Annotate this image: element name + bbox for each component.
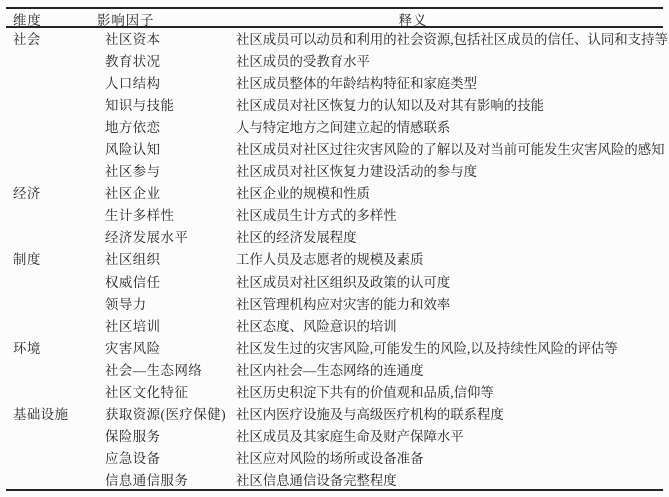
- dimension-cell: 制度: [0, 249, 105, 268]
- factor-cell: 社区参与: [105, 161, 236, 180]
- table-header-row: 维度 影响因子 释义: [0, 8, 669, 26]
- table-row: 基础设施获取资源(医疗保健)社区内医疗设施及与高级医疗机构的联系程度: [0, 402, 669, 424]
- table-row: 生计多样性社区成员生计方式的多样性: [0, 204, 669, 226]
- table-row: 社区文化特征社区历史积淀下共有的价值观和品质,信仰等: [0, 380, 669, 402]
- factor-cell: 灾害风险: [105, 338, 236, 357]
- definition-cell: 人与特定地方之间建立起的情感联系: [236, 117, 669, 136]
- factor-cell: 社区培训: [105, 316, 236, 335]
- factor-cell: 人口结构: [105, 73, 236, 92]
- table-row: 信息通信服务社区信息通信设备完整程度: [0, 468, 669, 490]
- factor-cell: 生计多样性: [105, 205, 236, 224]
- factor-cell: 经济发展水平: [105, 227, 236, 246]
- definition-cell: 社区成员对社区过往灾害风险的了解以及对当前可能发生灾害风险的感知: [236, 139, 669, 158]
- factor-cell: 地方依恋: [105, 117, 236, 136]
- table-row: 保险服务社区成员及其家庭生命及财产保障水平: [0, 424, 669, 446]
- table-row: 社会—生态网络社区内社会—生态网络的连通度: [0, 358, 669, 380]
- factor-cell: 获取资源(医疗保健): [105, 404, 236, 423]
- factor-cell: 社区组织: [105, 249, 236, 268]
- definition-cell: 社区成员对社区恢复力的认知以及对其有影响的技能: [236, 95, 669, 114]
- dimension-cell: 基础设施: [0, 404, 105, 423]
- definition-cell: 社区发生过的灾害风险,可能发生的风险,以及持续性风险的评估等: [236, 338, 669, 357]
- definition-cell: 社区成员对社区恢复力建设活动的参与度: [236, 161, 669, 180]
- table-row: 环境灾害风险社区发生过的灾害风险,可能发生的风险,以及持续性风险的评估等: [0, 336, 669, 358]
- definition-cell: 社区态度、风险意识的培训: [236, 316, 669, 335]
- dimension-cell: 社会: [0, 29, 105, 48]
- definition-cell: 社区成员生计方式的多样性: [236, 205, 669, 224]
- definition-cell: 社区成员的受教育水平: [236, 51, 669, 70]
- definition-cell: 社区管理机构应对灾害的能力和效率: [236, 294, 669, 313]
- table-row: 教育状况社区成员的受教育水平: [0, 50, 669, 72]
- definition-cell: 社区内社会—生态网络的连通度: [236, 360, 669, 379]
- factor-cell: 社会—生态网络: [105, 360, 236, 379]
- factor-cell: 风险认知: [105, 139, 236, 158]
- factor-cell: 知识与技能: [105, 95, 236, 114]
- definition-cell: 社区成员及其家庭生命及财产保障水平: [236, 426, 669, 445]
- factor-cell: 应急设备: [105, 448, 236, 467]
- table-row: 社区培训社区态度、风险意识的培训: [0, 314, 669, 336]
- table-body: 社会社区资本社区成员可以动员和利用的社会资源,包括社区成员的信任、认同和支持等教…: [0, 28, 669, 491]
- table-row: 社区参与社区成员对社区恢复力建设活动的参与度: [0, 160, 669, 182]
- definition-cell: 社区成员可以动员和利用的社会资源,包括社区成员的信任、认同和支持等: [236, 29, 669, 48]
- factor-cell: 权威信任: [105, 272, 236, 291]
- definition-cell: 社区成员对社区组织及政策的认可度: [236, 272, 669, 291]
- definition-cell: 社区企业的规模和性质: [236, 183, 669, 202]
- table-row: 知识与技能社区成员对社区恢复力的认知以及对其有影响的技能: [0, 94, 669, 116]
- definition-cell: 社区内医疗设施及与高级医疗机构的联系程度: [236, 404, 669, 423]
- definition-cell: 工作人员及志愿者的规模及素质: [236, 249, 669, 268]
- definition-cell: 社区信息通信设备完整程度: [236, 470, 669, 489]
- dimension-cell: 环境: [0, 338, 105, 357]
- factor-cell: 信息通信服务: [105, 470, 236, 489]
- definition-cell: 社区应对风险的场所或设备准备: [236, 448, 669, 467]
- factor-cell: 领导力: [105, 294, 236, 313]
- table-bottom-rule: [6, 489, 663, 491]
- table-row: 应急设备社区应对风险的场所或设备准备: [0, 446, 669, 468]
- table-row: 社会社区资本社区成员可以动员和利用的社会资源,包括社区成员的信任、认同和支持等: [0, 28, 669, 50]
- dimension-cell: 经济: [0, 183, 105, 202]
- table-row: 领导力社区管理机构应对灾害的能力和效率: [0, 292, 669, 314]
- factor-cell: 教育状况: [105, 51, 236, 70]
- table-row: 人口结构社区成员整体的年龄结构特征和家庭类型: [0, 72, 669, 94]
- table-row: 制度社区组织工作人员及志愿者的规模及素质: [0, 248, 669, 270]
- factor-cell: 社区资本: [105, 29, 236, 48]
- table-row: 经济发展水平社区的经济发展程度: [0, 226, 669, 248]
- definition-cell: 社区的经济发展程度: [236, 227, 669, 246]
- table-row: 风险认知社区成员对社区过往灾害风险的了解以及对当前可能发生灾害风险的感知: [0, 138, 669, 160]
- table-row: 权威信任社区成员对社区组织及政策的认可度: [0, 270, 669, 292]
- factor-cell: 社区文化特征: [105, 382, 236, 401]
- definition-cell: 社区成员整体的年龄结构特征和家庭类型: [236, 73, 669, 92]
- definition-cell: 社区历史积淀下共有的价值观和品质,信仰等: [236, 382, 669, 401]
- factor-cell: 社区企业: [105, 183, 236, 202]
- table-row: 经济社区企业社区企业的规模和性质: [0, 182, 669, 204]
- factor-cell: 保险服务: [105, 426, 236, 445]
- table-row: 地方依恋人与特定地方之间建立起的情感联系: [0, 116, 669, 138]
